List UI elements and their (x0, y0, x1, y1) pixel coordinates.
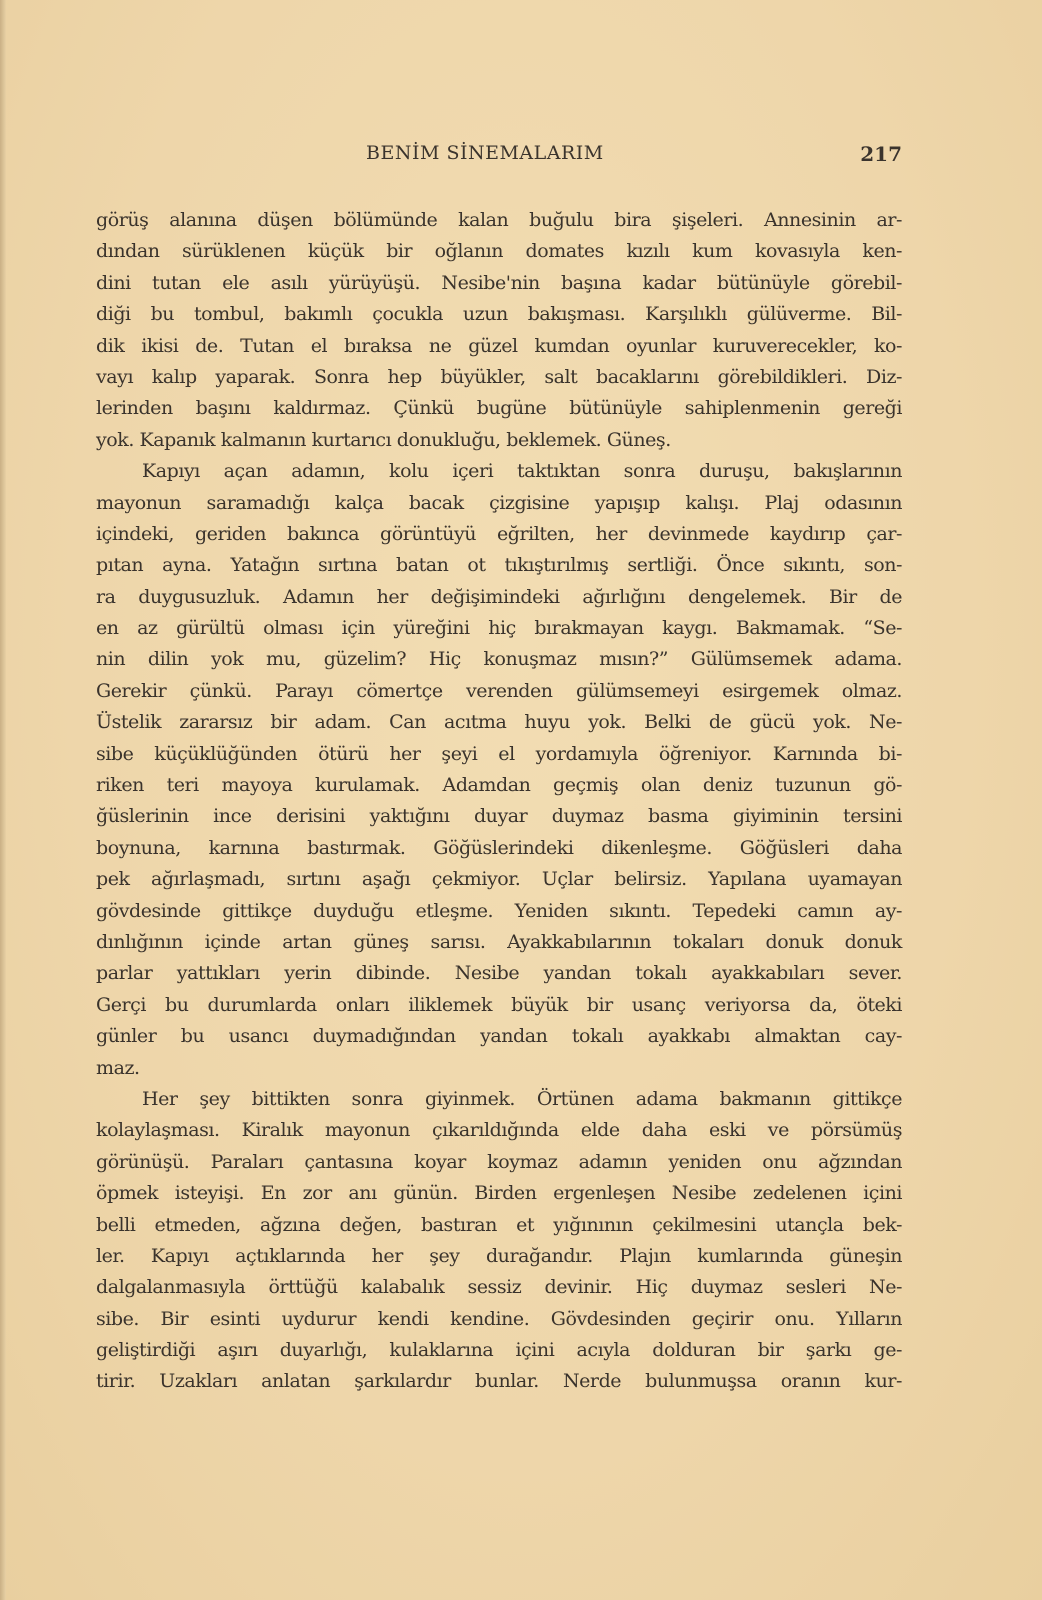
text-line: sibe küçüklüğünden ötürü her şeyi el yor… (96, 739, 902, 770)
text-line: dından sürüklenen küçük bir oğlanın doma… (96, 236, 902, 267)
text-line: Gerekir çünkü. Parayı cömertçe verenden … (96, 676, 902, 707)
text-line: tirir. Uzakları anlatan şarkılardır bunl… (96, 1366, 902, 1397)
text-line: görünüşü. Paraları çantasına koyar koyma… (96, 1147, 902, 1178)
text-line: ğüslerinin ince derisini yaktığını duyar… (96, 801, 902, 832)
text-line: sibe. Bir esinti uydurur kendi kendine. … (96, 1304, 902, 1335)
text-line: lerinden başını kaldırmaz. Çünkü bugüne … (96, 393, 902, 424)
text-line: Kapıyı açan adamın, kolu içeri taktıktan… (96, 456, 902, 487)
text-line: dınlığının içinde artan güneş sarısı. Ay… (96, 927, 902, 958)
text-line: günler bu usancı duymadığından yandan to… (96, 1021, 902, 1052)
running-head: BENİM SİNEMALARIM 217 (96, 142, 902, 172)
text-line: diği bu tombul, bakımlı çocukla uzun bak… (96, 299, 902, 330)
page-edge-shadow (0, 0, 6, 1600)
text-line: boynuna, karnına bastırmak. Göğüslerinde… (96, 833, 902, 864)
text-line: riken teri mayoya kurulamak. Adamdan geç… (96, 770, 902, 801)
text-line: dik ikisi de. Tutan el bıraksa ne güzel … (96, 331, 902, 362)
text-line: yok. Kapanık kalmanın kurtarıcı donukluğ… (96, 425, 902, 456)
paragraph-2: Kapıyı açan adamın, kolu içeri taktıktan… (96, 456, 902, 1084)
text-line: geliştirdiği aşırı duyarlığı, kulakların… (96, 1335, 902, 1366)
running-head-title: BENİM SİNEMALARIM (366, 142, 604, 164)
text-line: dalgalanmasıyla örttüğü kalabalık sessiz… (96, 1272, 902, 1303)
text-line: vayı kalıp yaparak. Sonra hep büyükler, … (96, 362, 902, 393)
text-line: gövdesinde gittikçe duyduğu etleşme. Yen… (96, 896, 902, 927)
text-line: dini tutan ele asılı yürüyüşü. Nesibe'ni… (96, 268, 902, 299)
text-line: Üstelik zararsız bir adam. Can acıtma hu… (96, 707, 902, 738)
text-line: pıtan ayna. Yatağın sırtına batan ot tık… (96, 550, 902, 581)
text-line: ra duygusuzluk. Adamın her değişimindeki… (96, 582, 902, 613)
text-line: nin dilin yok mu, güzelim? Hiç konuşmaz … (96, 644, 902, 675)
text-line: en az gürültü olması için yüreğini hiç b… (96, 613, 902, 644)
page-number: 217 (860, 142, 902, 166)
text-line: mayonun saramadığı kalça bacak çizgisine… (96, 488, 902, 519)
text-line: öpmek isteyişi. En zor anı günün. Birden… (96, 1178, 902, 1209)
paragraph-1: görüş alanına düşen bölümünde kalan buğu… (96, 205, 902, 456)
text-line: maz. (96, 1053, 902, 1084)
text-line: kolaylaşması. Kiralık mayonun çıkarıldığ… (96, 1115, 902, 1146)
text-line: parlar yattıkları yerin dibinde. Nesibe … (96, 958, 902, 989)
text-line: içindeki, geriden bakınca görüntüyü eğri… (96, 519, 902, 550)
text-line: Her şey bittikten sonra giyinmek. Örtüne… (96, 1084, 902, 1115)
text-line: Gerçi bu durumlarda onları iliklemek büy… (96, 990, 902, 1021)
text-line: ler. Kapıyı açtıklarında her şey durağan… (96, 1241, 902, 1272)
text-line: belli etmeden, ağzına değen, bastıran et… (96, 1210, 902, 1241)
body-text: görüş alanına düşen bölümünde kalan buğu… (96, 205, 902, 1398)
paragraph-3: Her şey bittikten sonra giyinmek. Örtüne… (96, 1084, 902, 1398)
text-line: görüş alanına düşen bölümünde kalan buğu… (96, 205, 902, 236)
text-line: pek ağırlaşmadı, sırtını aşağı çekmiyor.… (96, 864, 902, 895)
